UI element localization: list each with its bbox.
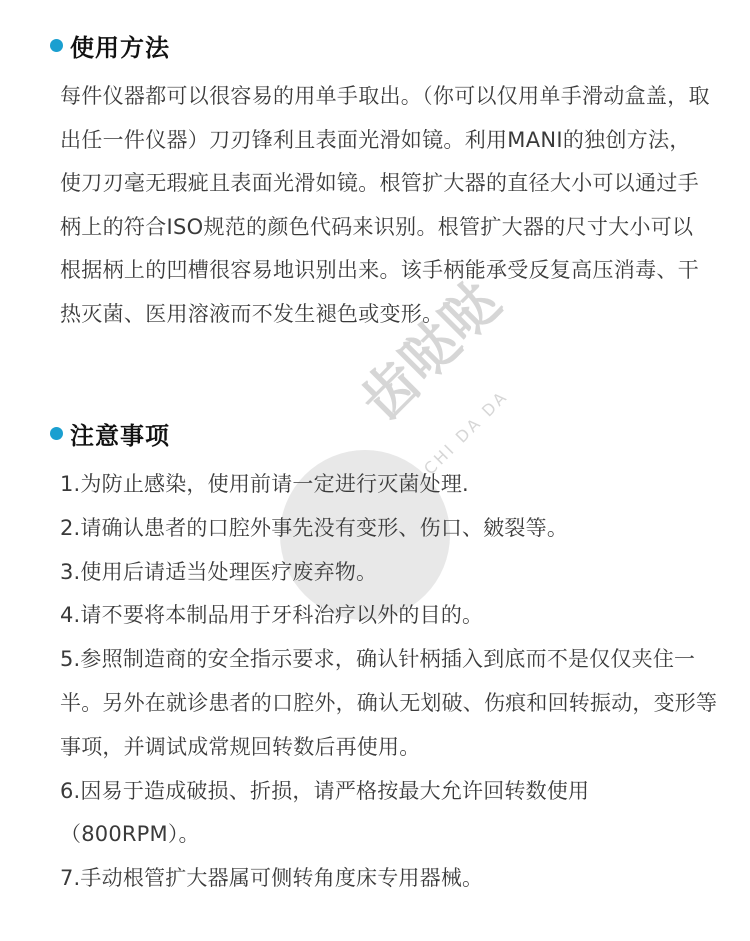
usage-paragraph: 每件仪器都可以很容易的用单手取出。（你可以仅用单手滑动盒盖，取出任一件仪器）刀刃…: [60, 75, 710, 337]
precautions-heading-text: 注意事项: [70, 416, 170, 451]
usage-section-heading: 使用方法: [50, 28, 170, 63]
precaution-item: 7.手动根管扩大器属可侧转角度床专用器械。: [60, 857, 720, 901]
usage-heading-text: 使用方法: [70, 28, 170, 63]
precautions-section-heading: 注意事项: [50, 416, 170, 451]
precaution-item: 3.使用后请适当处理医疗废弃物。: [60, 551, 720, 595]
precaution-item: 4.请不要将本制品用于牙科治疗以外的目的。: [60, 594, 720, 638]
precaution-item: 1.为防止感染，使用前请一定进行灭菌处理.: [60, 463, 720, 507]
bullet-dot-icon: [50, 427, 63, 440]
precaution-item: 2.请确认患者的口腔外事先没有变形、伤口、皴裂等。: [60, 507, 720, 551]
precautions-list: 1.为防止感染，使用前请一定进行灭菌处理. 2.请确认患者的口腔外事先没有变形、…: [60, 463, 720, 901]
bullet-dot-icon: [50, 39, 63, 52]
precaution-item: 6.因易于造成破损、折损，请严格按最大允许回转数使用（800RPM）。: [60, 770, 720, 858]
precaution-item: 5.参照制造商的安全指示要求，确认针柄插入到底而不是仅仅夹住一半。另外在就诊患者…: [60, 638, 720, 769]
